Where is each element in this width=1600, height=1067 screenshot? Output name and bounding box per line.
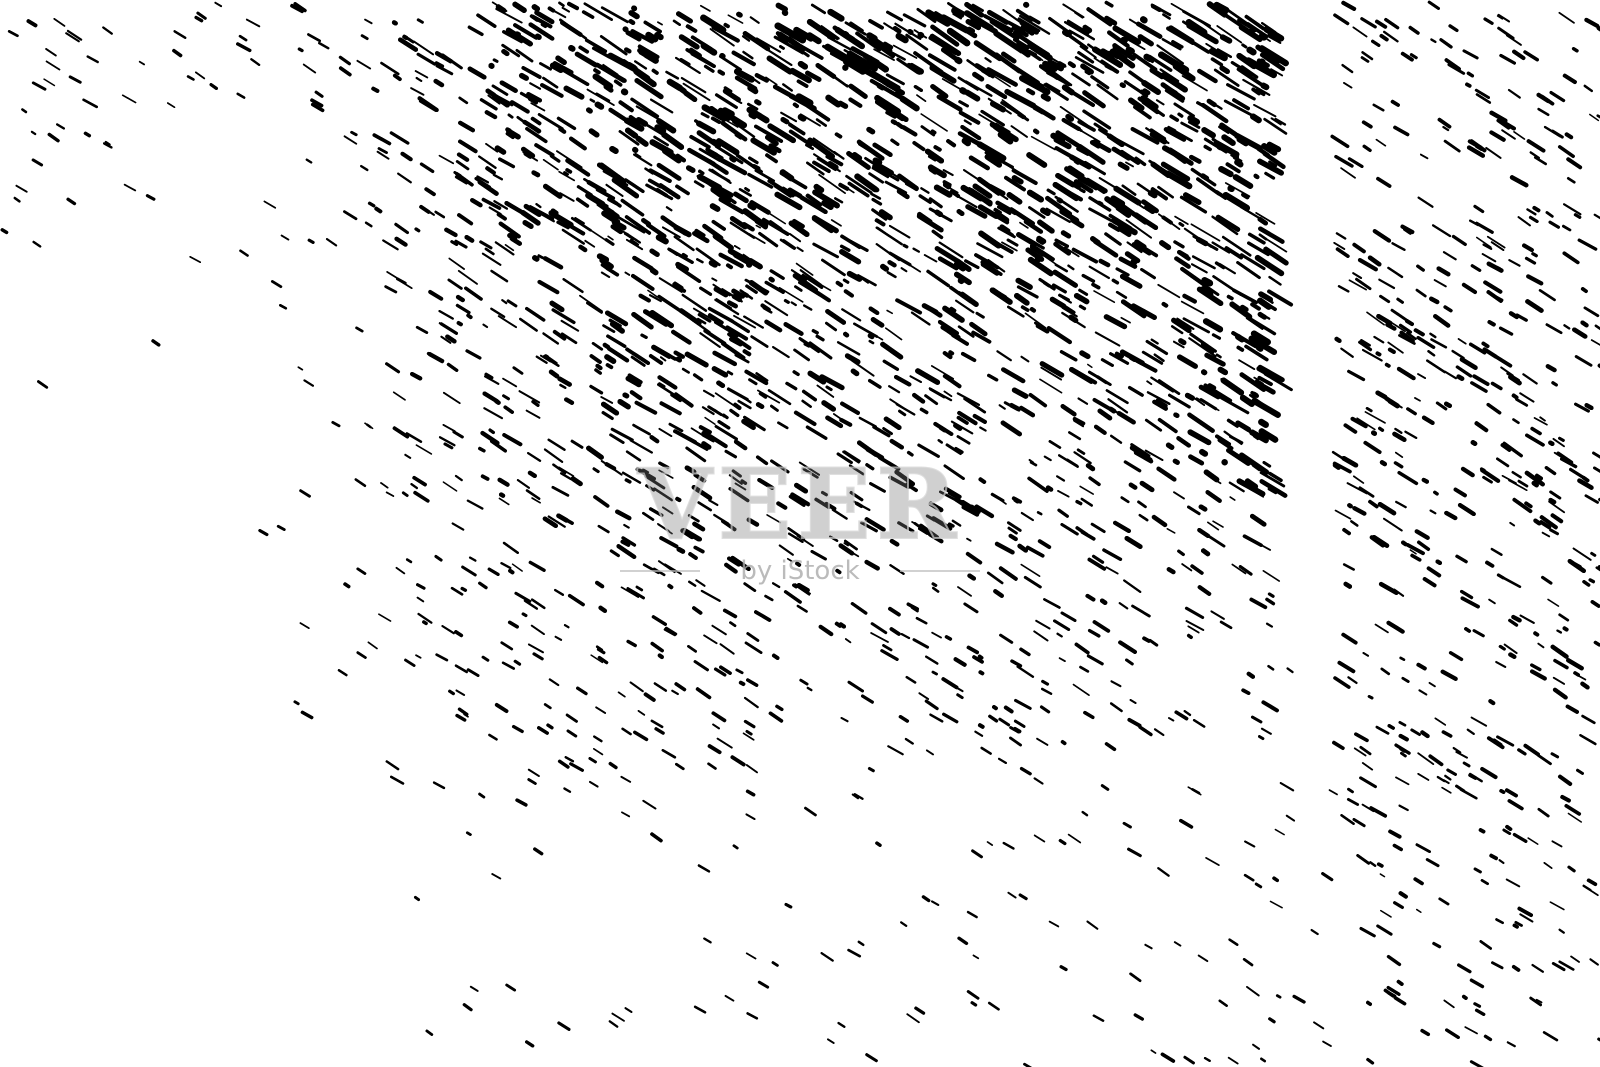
watermark-rule-right: [900, 570, 980, 572]
grunge-texture-image: VEER by iStock: [0, 0, 1600, 1067]
watermark-rule-left: [620, 570, 700, 572]
texture-canvas: [0, 0, 1600, 1067]
